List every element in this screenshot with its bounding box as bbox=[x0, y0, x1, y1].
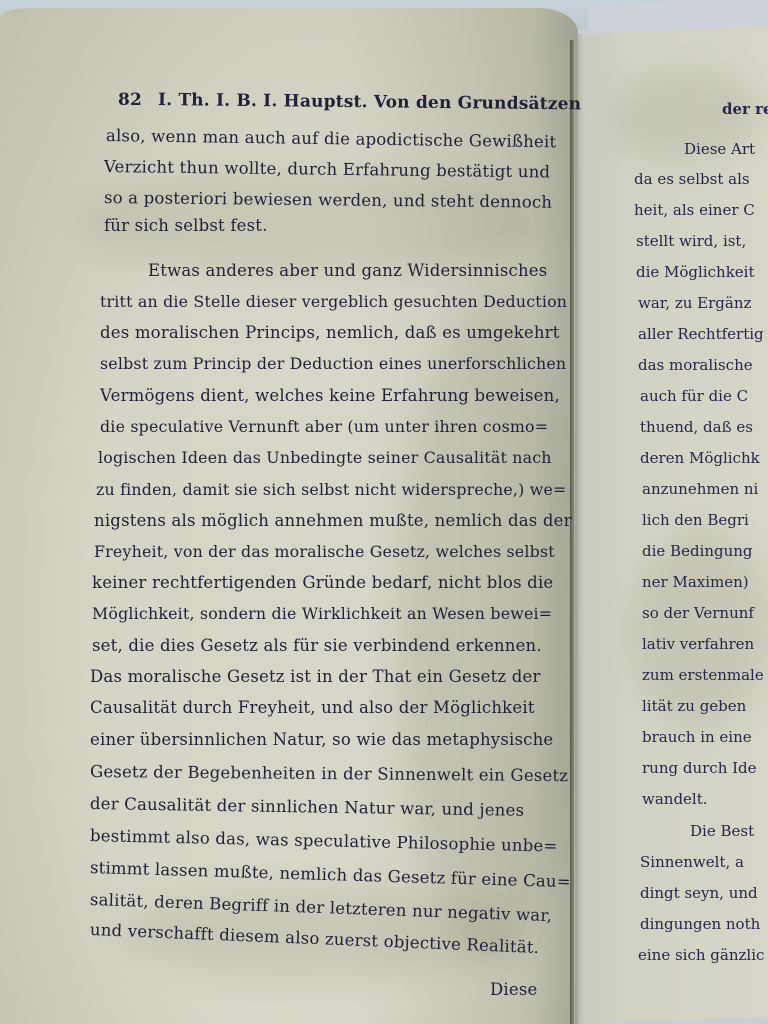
text-line: dingungen noth bbox=[640, 915, 760, 933]
running-head-fragment: der re bbox=[722, 100, 768, 118]
text-line: eine sich gänzlic bbox=[638, 946, 764, 964]
text-line: deren Möglichk bbox=[640, 449, 760, 467]
text-line: dingt seyn, und bbox=[640, 884, 758, 902]
text-line: heit, als einer C bbox=[634, 201, 755, 219]
text-line: die Möglichkeit bbox=[636, 263, 754, 281]
text-line: auch für die C bbox=[640, 387, 748, 405]
text-line: stellt wird, ist, bbox=[636, 232, 746, 250]
text-line: anzunehmen ni bbox=[642, 480, 758, 498]
text-line: lität zu geben bbox=[642, 697, 746, 715]
text-line: Die Best bbox=[690, 822, 754, 840]
text-line: Sinnenwelt, a bbox=[640, 853, 744, 871]
text-line: das moralische bbox=[638, 356, 753, 374]
text-line: da es selbst als bbox=[634, 170, 750, 188]
text-line: ner Maximen) bbox=[642, 573, 749, 591]
text-line: thuend, daß es bbox=[640, 418, 753, 436]
text-line: brauch in eine bbox=[642, 728, 752, 746]
right-page-text: der re Diese Art da es selbst als heit, … bbox=[0, 0, 768, 1024]
text-line: lich den Begri bbox=[642, 511, 749, 529]
text-line: war, zu Ergänz bbox=[638, 294, 751, 312]
text-line: lativ verfahren bbox=[642, 635, 754, 653]
text-line: zum erstenmale bbox=[642, 666, 764, 684]
text-line: wandelt. bbox=[642, 790, 708, 808]
text-line: rung durch Ide bbox=[642, 759, 757, 777]
text-line: Diese Art bbox=[684, 140, 755, 158]
text-line: aller Rechtfertig bbox=[638, 325, 764, 343]
text-line: so der Vernunf bbox=[642, 604, 754, 622]
text-line: die Bedingung bbox=[642, 542, 753, 560]
